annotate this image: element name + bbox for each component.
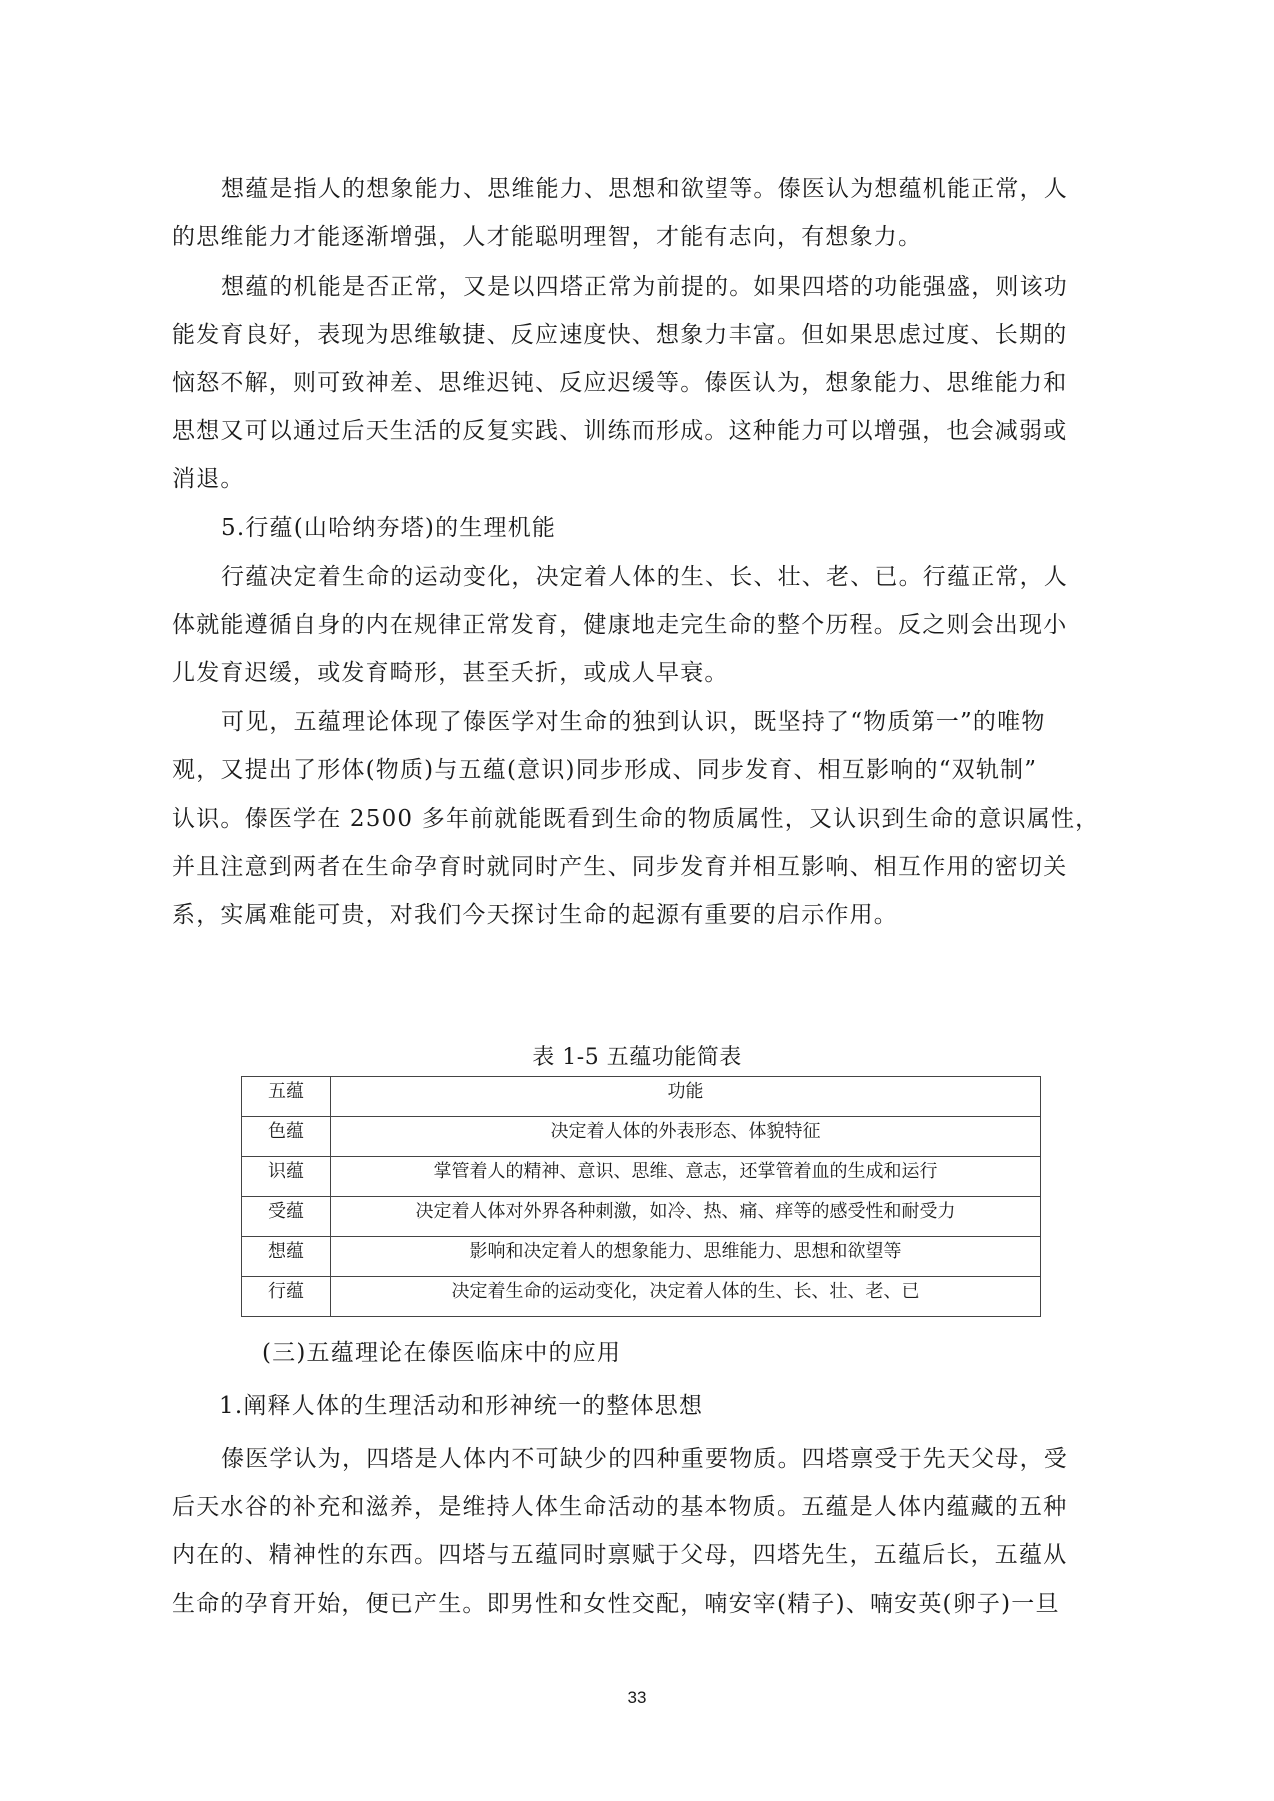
sub-heading: 1.阐释人体的生理活动和形神统一的整体思想 <box>219 1391 1179 1421</box>
paragraph-line: 能发育良好，表现为思维敏捷、反应速度快、想象力丰富。但如果思虑过度、长期的 <box>172 320 1132 350</box>
table-caption: 表 1-5 五蕴功能简表 <box>0 1044 1274 1072</box>
table-header-row: 五蕴 功能 <box>242 1077 1041 1117</box>
table-cell-name: 想蕴 <box>242 1237 331 1277</box>
table-cell-name: 行蕴 <box>242 1277 331 1317</box>
table-row: 想蕴 影响和决定着人的想象能力、思维能力、思想和欲望等 <box>242 1237 1041 1277</box>
paragraph-line: 想蕴是指人的想象能力、思维能力、思想和欲望等。傣医认为想蕴机能正常，人 <box>221 174 1181 204</box>
table-cell-function: 决定着人体的外表形态、体貌特征 <box>331 1117 1041 1157</box>
table-row: 色蕴 决定着人体的外表形态、体貌特征 <box>242 1117 1041 1157</box>
table-cell-function: 影响和决定着人的想象能力、思维能力、思想和欲望等 <box>331 1237 1041 1277</box>
paragraph-line: 内在的、精神性的东西。四塔与五蕴同时禀赋于父母，四塔先生，五蕴后长，五蕴从 <box>172 1540 1132 1570</box>
table-cell-name: 色蕴 <box>242 1117 331 1157</box>
paragraph-line: 的思维能力才能逐渐增强，人才能聪明理智，才能有志向，有想象力。 <box>172 222 1132 252</box>
table-cell-function: 掌管着人的精神、意识、思维、意志，还掌管着血的生成和运行 <box>331 1157 1041 1197</box>
table-cell-function: 决定着人体对外界各种刺激，如冷、热、痛、痒等的感受性和耐受力 <box>331 1197 1041 1237</box>
paragraph-line: 想蕴的机能是否正常，又是以四塔正常为前提的。如果四塔的功能强盛，则该功 <box>221 272 1181 302</box>
document-page: 想蕴是指人的想象能力、思维能力、思想和欲望等。傣医认为想蕴机能正常，人 的思维能… <box>0 0 1274 1801</box>
table-header-cell: 五蕴 <box>242 1077 331 1117</box>
paragraph-line: 认识。傣医学在 2500 多年前就能既看到生命的物质属性，又认识到生命的意识属性… <box>172 804 1132 834</box>
table-cell-name: 受蕴 <box>242 1197 331 1237</box>
paragraph-line: 后天水谷的补充和滋养，是维持人体生命活动的基本物质。五蕴是人体内蕴藏的五种 <box>172 1492 1132 1522</box>
paragraph-line: 儿发育迟缓，或发育畸形，甚至夭折，或成人早衰。 <box>172 658 1132 688</box>
paragraph-line: 可见，五蕴理论体现了傣医学对生命的独到认识，既坚持了“物质第一”的唯物 <box>221 707 1181 737</box>
paragraph-line: 生命的孕育开始，便已产生。即男性和女性交配，喃安宰(精子)、喃安英(卵子)一旦 <box>172 1589 1132 1619</box>
table-cell-function: 决定着生命的运动变化，决定着人体的生、长、壮、老、已 <box>331 1277 1041 1317</box>
paragraph-line: 行蕴决定着生命的运动变化，决定着人体的生、长、壮、老、已。行蕴正常，人 <box>221 562 1181 592</box>
table-row: 识蕴 掌管着人的精神、意识、思维、意志，还掌管着血的生成和运行 <box>242 1157 1041 1197</box>
paragraph-line: 傣医学认为，四塔是人体内不可缺少的四种重要物质。四塔禀受于先天父母，受 <box>221 1444 1181 1474</box>
page-number: 33 <box>0 1688 1274 1708</box>
paragraph-line: 恼怒不解，则可致神差、思维迟钝、反应迟缓等。傣医认为，想象能力、思维能力和 <box>172 368 1132 398</box>
table-cell-name: 识蕴 <box>242 1157 331 1197</box>
table-row: 行蕴 决定着生命的运动变化，决定着人体的生、长、壮、老、已 <box>242 1277 1041 1317</box>
paragraph-line: 系，实属难能可贵，对我们今天探讨生命的起源有重要的启示作用。 <box>172 900 1132 930</box>
paragraph-line: 观，又提出了形体(物质)与五蕴(意识)同步形成、同步发育、相互影响的“双轨制” <box>172 755 1132 785</box>
section-heading: (三)五蕴理论在傣医临床中的应用 <box>262 1338 1222 1368</box>
table-row: 受蕴 决定着人体对外界各种刺激，如冷、热、痛、痒等的感受性和耐受力 <box>242 1197 1041 1237</box>
five-aggregates-table: 五蕴 功能 色蕴 决定着人体的外表形态、体貌特征 识蕴 掌管着人的精神、意识、思… <box>241 1076 1041 1317</box>
paragraph-line: 并且注意到两者在生命孕育时就同时产生、同步发育并相互影响、相互作用的密切关 <box>172 852 1132 882</box>
paragraph-line: 体就能遵循自身的内在规律正常发育，健康地走完生命的整个历程。反之则会出现小 <box>172 610 1132 640</box>
paragraph-line: 思想又可以通过后天生活的反复实践、训练而形成。这种能力可以增强，也会减弱或 <box>172 416 1132 446</box>
paragraph-line: 消退。 <box>172 464 1132 494</box>
section-heading: 5.行蕴(山哈纳夯塔)的生理机能 <box>221 513 1181 543</box>
table-header-cell: 功能 <box>331 1077 1041 1117</box>
